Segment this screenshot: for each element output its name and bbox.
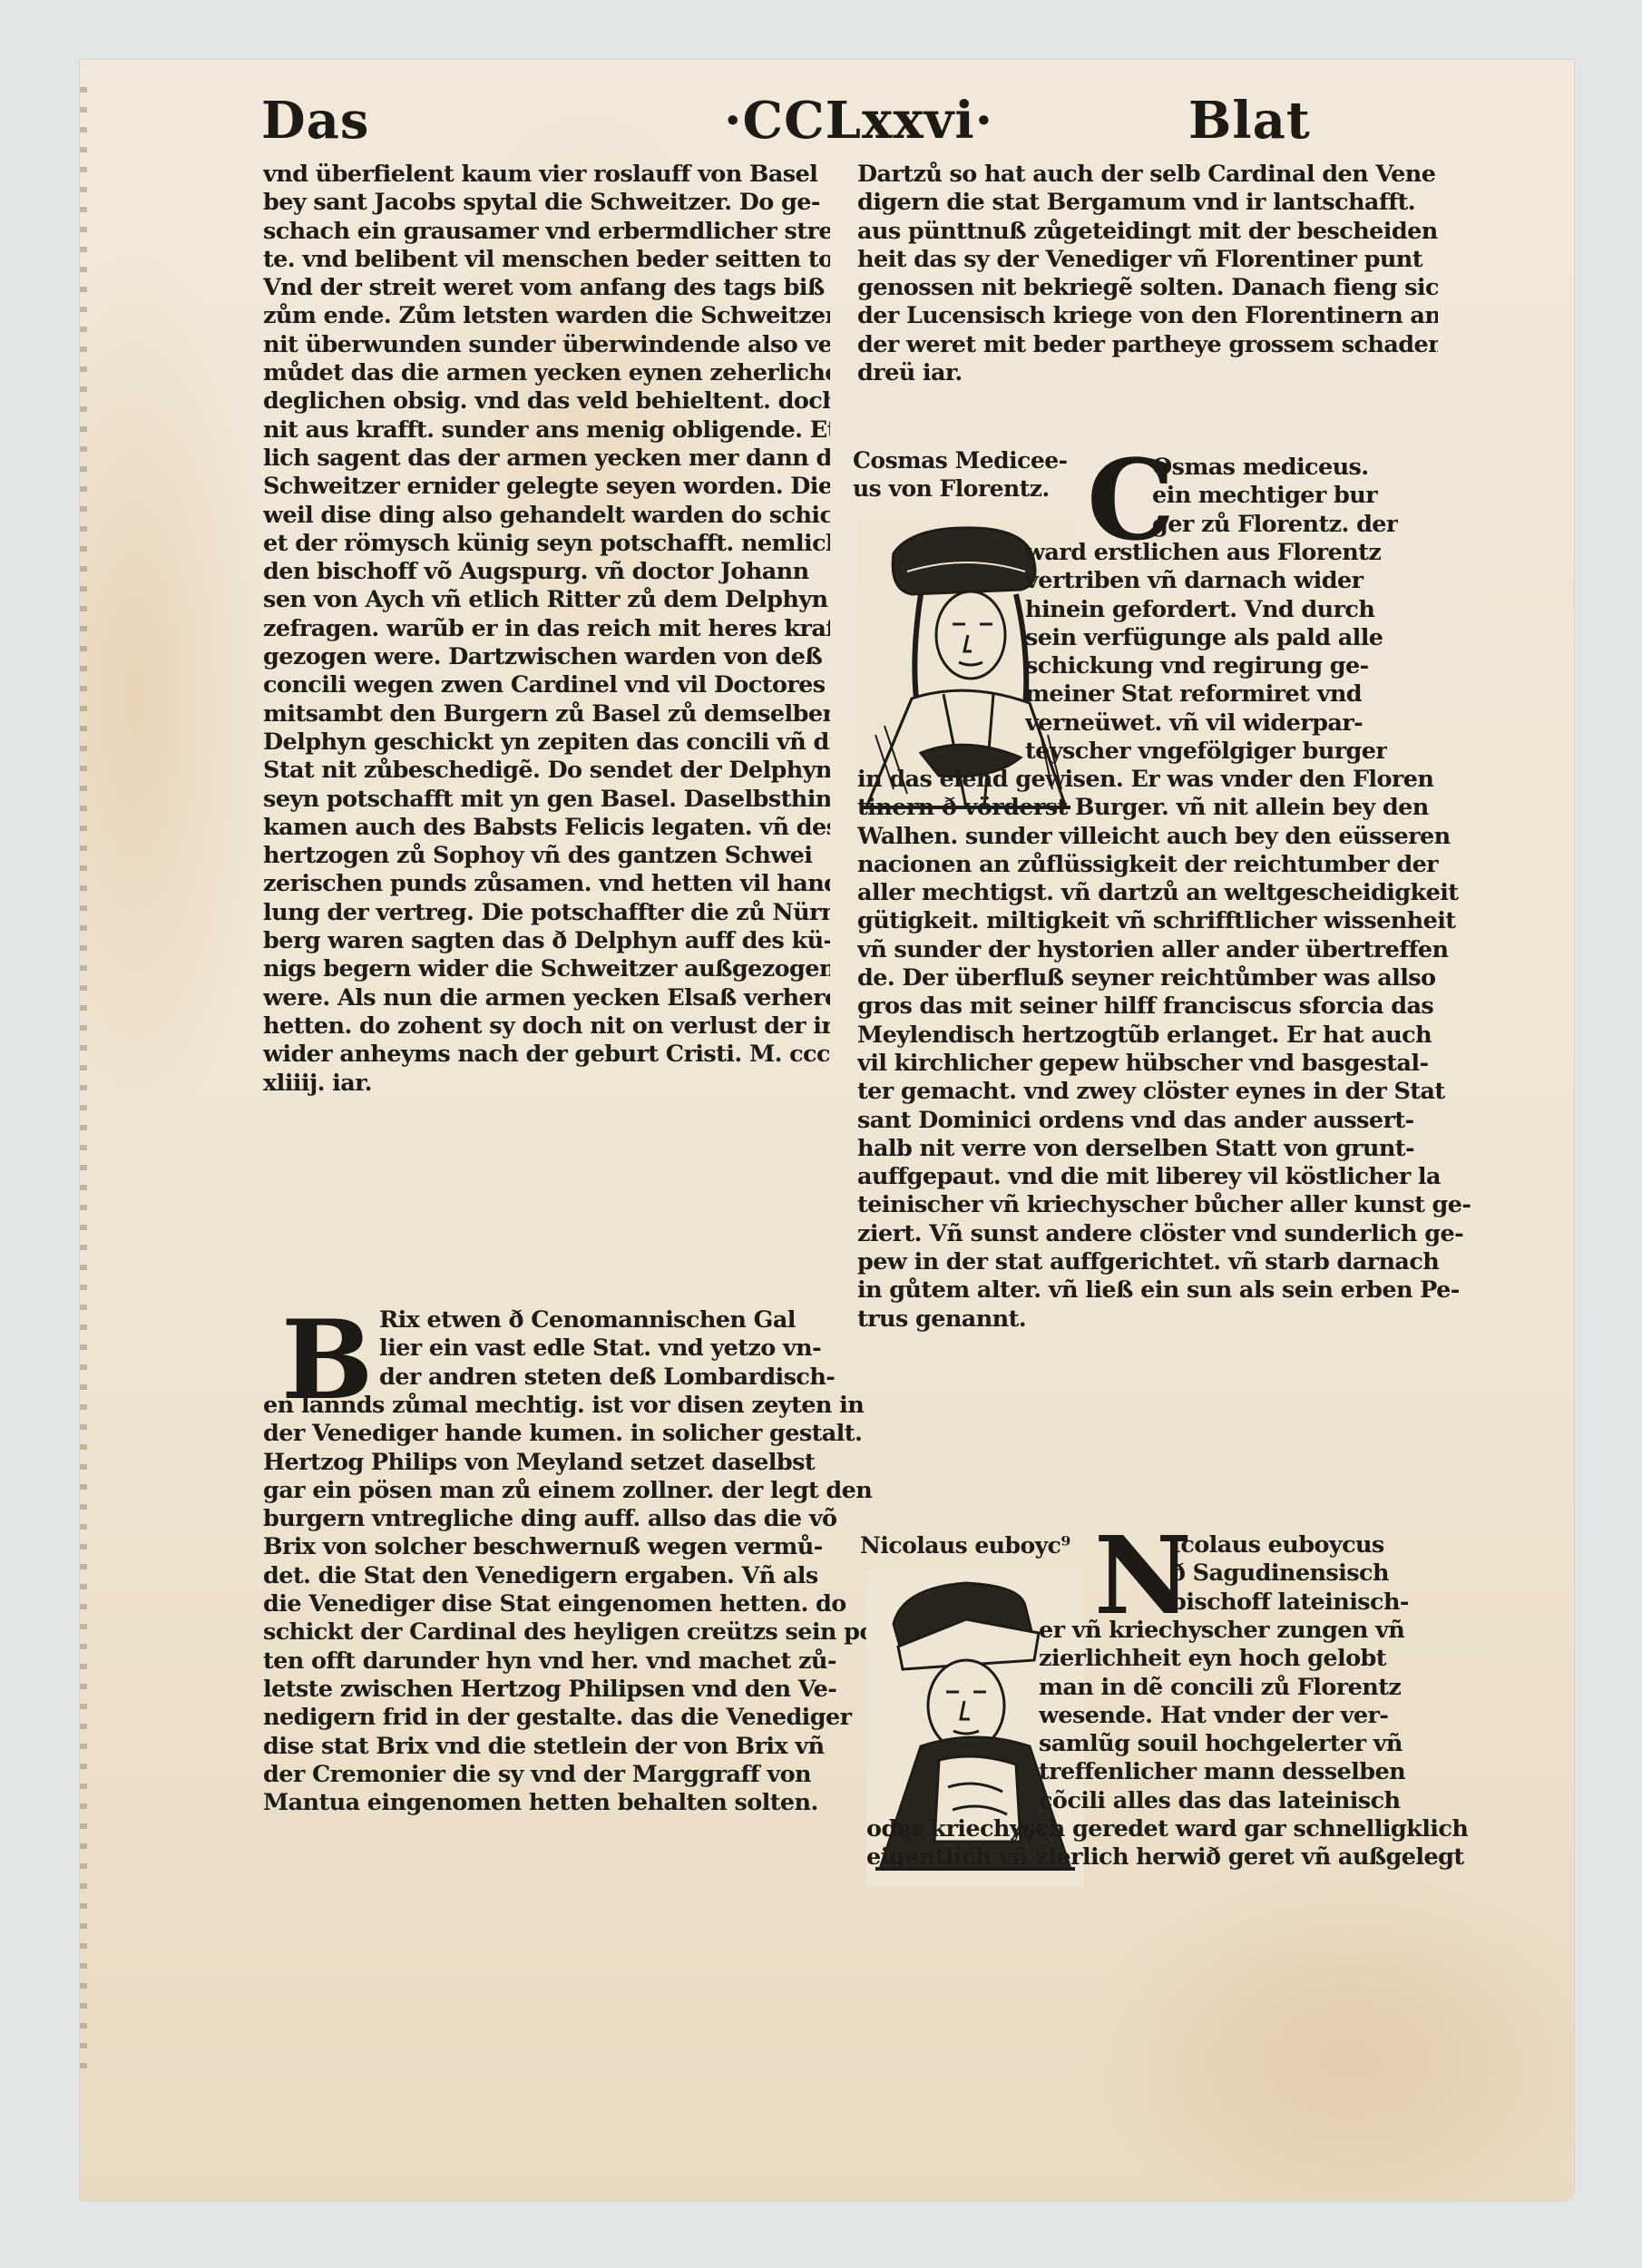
brixia-paragraph: en lannds zůmal mechtig. ist vor disen z… <box>263 1392 875 1817</box>
text-line: deglichen obsig. vnd das veld behieltent… <box>263 387 830 415</box>
text-line: vnd überfielent kaum vier roslauff von B… <box>263 161 830 189</box>
text-line: zefragen. warũb er in das reich mit here… <box>263 615 830 643</box>
cosmas-text-full: in das elend gewisen. Er was vnder den F… <box>857 766 1471 1334</box>
text-line: oder kriechysch geredet ward gar schnell… <box>866 1815 1468 1843</box>
text-line: Rix etwen ð Cenomannischen Gal <box>379 1306 835 1334</box>
text-line: zerischen punds zůsamen. vnd hetten vil … <box>263 870 830 898</box>
text-line: seyn potschafft mit yn gen Basel. Daselb… <box>263 786 830 814</box>
text-line: det. die Stat den Venedigern ergaben. Vñ… <box>263 1562 875 1590</box>
text-line: vertriben vñ darnach wider <box>1025 567 1387 595</box>
text-line: ziert. Vñ sunst andere clöster vnd sunde… <box>857 1220 1471 1248</box>
caption-line: us von Florentz. <box>853 474 1068 503</box>
text-line: vñ sunder der hystorien aller ander über… <box>857 936 1471 964</box>
text-line: gros das mit seiner hilff franciscus sfo… <box>857 992 1471 1021</box>
nicolaus-caption: Nicolaus euboyc⁹ <box>860 1531 1070 1559</box>
caption-line: Cosmas Medicee- <box>853 446 1068 474</box>
text-line: verneüwet. vñ vil widerpar- <box>1025 709 1387 738</box>
text-line: pew in der stat auffgerichtet. vñ starb … <box>857 1248 1471 1276</box>
text-line: lung der vertreg. Die potschaffter die z… <box>263 899 830 927</box>
paragraph-basel-battle: vnd überfielent kaum vier roslauff von B… <box>263 161 830 1098</box>
text-line: Hertzog Philips von Meyland setzet dasel… <box>263 1449 875 1477</box>
text-line: Brix von solcher beschwernuß wegen vermů… <box>263 1533 875 1561</box>
text-line: sen von Aych vñ etlich Ritter zů dem Del… <box>263 586 830 614</box>
text-line: were. Als nun die armen yecken Elsaß ver… <box>263 984 830 1012</box>
text-line: concili wegen zwen Cardinel vnd vil Doct… <box>263 671 830 699</box>
text-line: Dartzů so hat auch der selb Cardinal den… <box>857 161 1438 189</box>
text-line: sein verfügunge als pald alle <box>1025 624 1387 652</box>
text-line: ger zů Florentz. der <box>1152 511 1398 539</box>
text-line: gütigkeit. miltigkeit vñ schrifftlicher … <box>857 907 1471 935</box>
text-line: schach ein grausamer vnd erbermdlicher s… <box>263 218 830 246</box>
text-line: nigs begern wider die Schweitzer außgezo… <box>263 955 830 983</box>
text-line: te. vnd belibent vil menschen beder seit… <box>263 246 830 274</box>
text-line: Meylendisch hertzogtũb erlanget. Er hat … <box>857 1022 1471 1050</box>
text-line: cõcili alles das das lateinisch <box>1039 1787 1405 1815</box>
text-line: ein mechtiger bur <box>1152 482 1398 510</box>
text-line: hertzogen zů Sophoy vñ des gantzen Schwe… <box>263 842 830 870</box>
text-line: Schweitzer ernider gelegte seyen worden.… <box>263 473 830 501</box>
text-line: genossen nit bekriegẽ solten. Danach fie… <box>857 274 1438 302</box>
text-line: digern die stat Bergamum vnd ir lantscha… <box>857 189 1438 217</box>
text-line: der weret mit beder partheye grossem sch… <box>857 331 1438 359</box>
text-line: den bischoff võ Augspurg. vñ doctor Joha… <box>263 558 830 586</box>
text-line: Walhen. sunder villeicht auch bey den eü… <box>857 823 1471 851</box>
text-line: dreü iar. <box>857 359 1438 387</box>
text-line: nit überwunden sunder überwindende also … <box>263 331 830 359</box>
text-line: trus genannt. <box>857 1305 1471 1334</box>
text-line: Mantua eingenomen hetten behalten solten… <box>263 1789 875 1817</box>
text-line: en lannds zůmal mechtig. ist vor disen z… <box>263 1392 875 1420</box>
text-line: der Venediger hande kumen. in solicher g… <box>263 1420 875 1448</box>
text-line: der andren steten deß Lombardisch- <box>379 1364 835 1392</box>
text-line: Stat nit zůbeschedigẽ. Do sendet der Del… <box>263 757 830 785</box>
text-line: weil dise ding also gehandelt warden do … <box>263 502 830 530</box>
cosmas-text-beside: ward erstlichen aus Florentz vertriben v… <box>1025 539 1387 766</box>
text-line: samlũg souil hochgelerter vñ <box>1039 1730 1405 1758</box>
text-line: die Venediger dise Stat eingenomen hette… <box>263 1590 875 1618</box>
text-line: nit aus krafft. sunder ans menig obligen… <box>263 416 830 445</box>
running-head: Das ·CCLxxvi· Blat <box>245 91 1424 163</box>
text-line: mitsambt den Burgern zů Basel zů demselb… <box>263 700 830 728</box>
text-line: lich sagent das der armen yecken mer dan… <box>263 445 830 473</box>
text-line: er vñ kriechyscher zungen vñ <box>1039 1617 1405 1645</box>
text-line: schickt der Cardinal des heyligen creütz… <box>263 1618 875 1647</box>
text-line: tinern ð vörderst Burger. vñ nit allein … <box>857 794 1471 822</box>
brixia-paragraph-indented: Rix etwen ð Cenomannischen Gal lier ein … <box>379 1306 835 1392</box>
text-line: heit das sy der Venediger vñ Florentiner… <box>857 246 1438 274</box>
text-line: eigentlich vñ zierlich herwið geret vñ a… <box>866 1843 1468 1872</box>
right-column-top: Dartzů so hat auch der selb Cardinal den… <box>857 161 1438 387</box>
text-line: sant Dominici ordens vnd das ander ausse… <box>857 1107 1471 1135</box>
text-line: kamen auch des Babsts Felicis legaten. v… <box>263 814 830 842</box>
text-line: aus pünttnuß zůgeteidingt mit der besche… <box>857 218 1438 246</box>
text-line: der Lucensisch kriege von den Florentine… <box>857 302 1438 330</box>
text-line: man in dẽ concili zů Florentz <box>1039 1674 1405 1702</box>
text-line: můdet das die armen yecken eynen zeherli… <box>263 359 830 387</box>
left-column: vnd überfielent kaum vier roslauff von B… <box>263 161 830 1098</box>
text-line: xliiij. iar. <box>263 1070 830 1098</box>
text-line: nacionen an zůflüssigkeit der reichtumbe… <box>857 851 1471 879</box>
text-line: auffgepaut. vnd die mit liberey vil köst… <box>857 1163 1471 1191</box>
nicolaus-text-full: oder kriechysch geredet ward gar schnell… <box>866 1815 1468 1872</box>
text-line: teinischer vñ kriechyscher bůcher aller … <box>857 1191 1471 1219</box>
text-line: hinein gefordert. Vnd durch <box>1025 596 1387 624</box>
text-line: aller mechtigst. vñ dartzů an weltgesche… <box>857 879 1471 907</box>
nicolaus-text-beside: er vñ kriechyscher zungen vñ zierlichhei… <box>1039 1617 1405 1815</box>
text-line: Vnd der streit weret vom anfang des tags… <box>263 274 830 302</box>
text-line: teyscher vngefölgiger burger <box>1025 738 1387 766</box>
text-line: in das elend gewisen. Er was vnder den F… <box>857 766 1471 794</box>
text-line: dise stat Brix vnd die stetlein der von … <box>263 1733 875 1761</box>
nicolaus-text-top: Icolaus euboycus ð Sagudinensisch bischo… <box>1170 1531 1409 1617</box>
text-line: ter gemacht. vnd zwey clöster eynes in d… <box>857 1078 1471 1106</box>
text-line: ward erstlichen aus Florentz <box>1025 539 1387 567</box>
text-line: Osmas mediceus. <box>1152 454 1398 482</box>
cosmas-text-top: Osmas mediceus. ein mechtiger bur ger zů… <box>1152 454 1398 539</box>
text-line: treffenlicher mann desselben <box>1039 1758 1405 1786</box>
text-line: letste zwischen Hertzog Philipsen vnd de… <box>263 1676 875 1704</box>
text-line: lier ein vast edle Stat. vnd yetzo vn- <box>379 1334 835 1363</box>
text-line: de. Der überfluß seyner reichtůmber was … <box>857 964 1471 992</box>
text-line: ten offt darunder hyn vnd her. vnd mache… <box>263 1647 875 1676</box>
running-head-left: Das <box>261 91 369 151</box>
text-line: Icolaus euboycus <box>1170 1531 1409 1559</box>
text-line: zům ende. Zům letsten warden die Schweit… <box>263 302 830 330</box>
cosmas-caption: Cosmas Medicee- us von Florentz. <box>853 446 1068 503</box>
text-line: ð Sagudinensisch <box>1170 1559 1409 1588</box>
text-line: hetten. do zohent sy doch nit on verlust… <box>263 1012 830 1041</box>
text-line: bey sant Jacobs spytal die Schweitzer. D… <box>263 189 830 217</box>
text-line: wider anheyms nach der geburt Cristi. M.… <box>263 1041 830 1069</box>
text-line: gar ein pösen man zů einem zollner. der … <box>263 1477 875 1505</box>
text-line: halb nit verre von derselben Statt von g… <box>857 1135 1471 1163</box>
text-line: Delphyn geschickt yn zepiten das concili… <box>263 728 830 757</box>
folio-number: ·CCLxxvi· <box>724 91 993 151</box>
text-line: in gůtem alter. vñ ließ ein sun als sein… <box>857 1276 1471 1305</box>
text-line: der Cremonier die sy vnd der Marggraff v… <box>263 1761 875 1789</box>
text-line: zierlichheit eyn hoch gelobt <box>1039 1645 1405 1673</box>
text-line: meiner Stat reformiret vnd <box>1025 680 1387 709</box>
text-line: et der römysch künig seyn potschafft. ne… <box>263 530 830 558</box>
text-line: bischoff lateinisch- <box>1170 1589 1409 1617</box>
running-head-right: Blat <box>1188 91 1311 151</box>
text-line: gezogen were. Dartzwischen warden von de… <box>263 643 830 671</box>
text-line: schickung vnd regirung ge- <box>1025 652 1387 680</box>
text-line: burgern vntregliche ding auff. allso das… <box>263 1505 875 1533</box>
text-line: vil kirchlicher gepew hübscher vnd basge… <box>857 1050 1471 1078</box>
text-line: berg waren sagten das ð Delphyn auff des… <box>263 927 830 955</box>
text-line: nedigern frid in der gestalte. das die V… <box>263 1704 875 1732</box>
text-line: wesende. Hat vnder der ver- <box>1039 1702 1405 1730</box>
